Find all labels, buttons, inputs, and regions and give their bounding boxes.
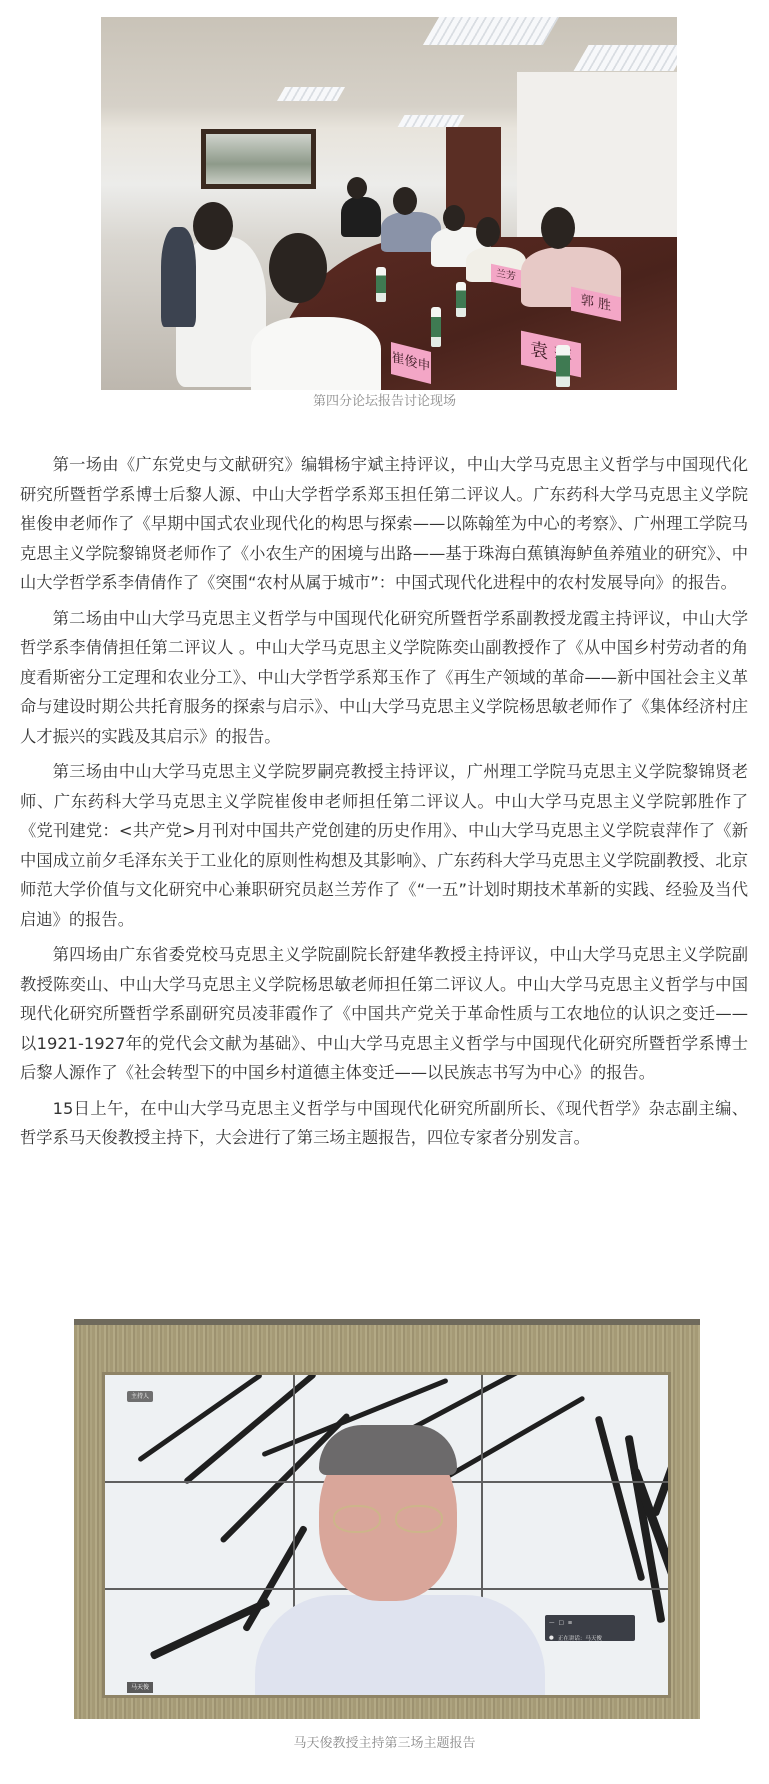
photo-caption: 马天俊教授主持第三场主题报告 bbox=[0, 1735, 769, 1753]
paragraph-session-3: 第三场由中山大学马克思主义学院罗嗣亮教授主持评议，广州理工学院马克思主义学院黎锦… bbox=[20, 757, 748, 934]
meeting-control-bar: — □ ≡ ● 正在讲话：马天俊 bbox=[545, 1615, 635, 1641]
glasses-icon bbox=[333, 1505, 381, 1533]
background-stroke bbox=[137, 1375, 263, 1463]
water-bottle bbox=[556, 345, 570, 387]
article-body: 第一场由《广东党史与文献研究》编辑杨宇斌主持评议，中山大学马克思主义哲学与中国现… bbox=[20, 450, 748, 1159]
background-stroke bbox=[651, 1401, 668, 1516]
minimize-icon: — bbox=[549, 1620, 555, 1626]
attendee-head bbox=[193, 202, 233, 250]
paragraph-session-2: 第二场由中山大学马克思主义哲学与中国现代化研究所暨哲学系副教授龙霞主持评议，中山… bbox=[20, 604, 748, 752]
attendee-head bbox=[393, 187, 417, 215]
ceiling-light bbox=[423, 17, 559, 45]
background-stroke bbox=[149, 1598, 270, 1660]
paragraph-session-1: 第一场由《广东党史与文献研究》编辑杨宇斌主持评议，中山大学马克思主义哲学与中国现… bbox=[20, 450, 748, 598]
photo-caption: 第四分论坛报告讨论现场 bbox=[0, 393, 769, 411]
attendee-head bbox=[476, 217, 500, 247]
ceiling-light bbox=[277, 87, 345, 101]
attendee bbox=[341, 197, 381, 237]
meeting-room-photo: 崔俊申 郭 胜 袁 萍 兰芳 bbox=[101, 17, 677, 390]
display-screen: 主持人 马天俊 — □ ≡ ● 正在讲话：马天俊 bbox=[105, 1375, 668, 1695]
video-conference-photo: 主持人 马天俊 — □ ≡ ● 正在讲话：马天俊 bbox=[74, 1319, 700, 1719]
attendee-head bbox=[347, 177, 367, 199]
background-stroke bbox=[444, 1395, 585, 1479]
paragraph-keynote: 15日上午，在中山大学马克思主义哲学与中国现代化研究所副所长、《现代哲学》杂志副… bbox=[20, 1094, 748, 1153]
water-bottle bbox=[431, 307, 441, 347]
attendee-head bbox=[443, 205, 465, 231]
speaker-hair bbox=[319, 1425, 457, 1475]
host-tag: 主持人 bbox=[127, 1391, 153, 1402]
attendee-head bbox=[541, 207, 575, 249]
glasses-icon bbox=[395, 1505, 443, 1533]
speaking-status: 正在讲话：马天俊 bbox=[558, 1634, 602, 1642]
speaker-shirt bbox=[255, 1595, 545, 1695]
wall-painting bbox=[201, 129, 316, 189]
attendee-head bbox=[269, 233, 327, 303]
attendee bbox=[161, 227, 196, 327]
window-icon: □ bbox=[559, 1620, 564, 1626]
water-bottle bbox=[456, 282, 466, 317]
microphone-icon: ● bbox=[549, 1635, 554, 1641]
attendee bbox=[251, 317, 381, 390]
menu-icon: ≡ bbox=[568, 1620, 573, 1626]
speaker-name-tag: 马天俊 bbox=[127, 1682, 153, 1693]
water-bottle bbox=[376, 267, 386, 302]
ceiling-light bbox=[573, 45, 677, 71]
paragraph-session-4: 第四场由广东省委党校马克思主义学院副院长舒建华教授主持评议，中山大学马克思主义学… bbox=[20, 940, 748, 1088]
wall-edge bbox=[74, 1319, 700, 1325]
ceiling-light bbox=[398, 115, 465, 127]
